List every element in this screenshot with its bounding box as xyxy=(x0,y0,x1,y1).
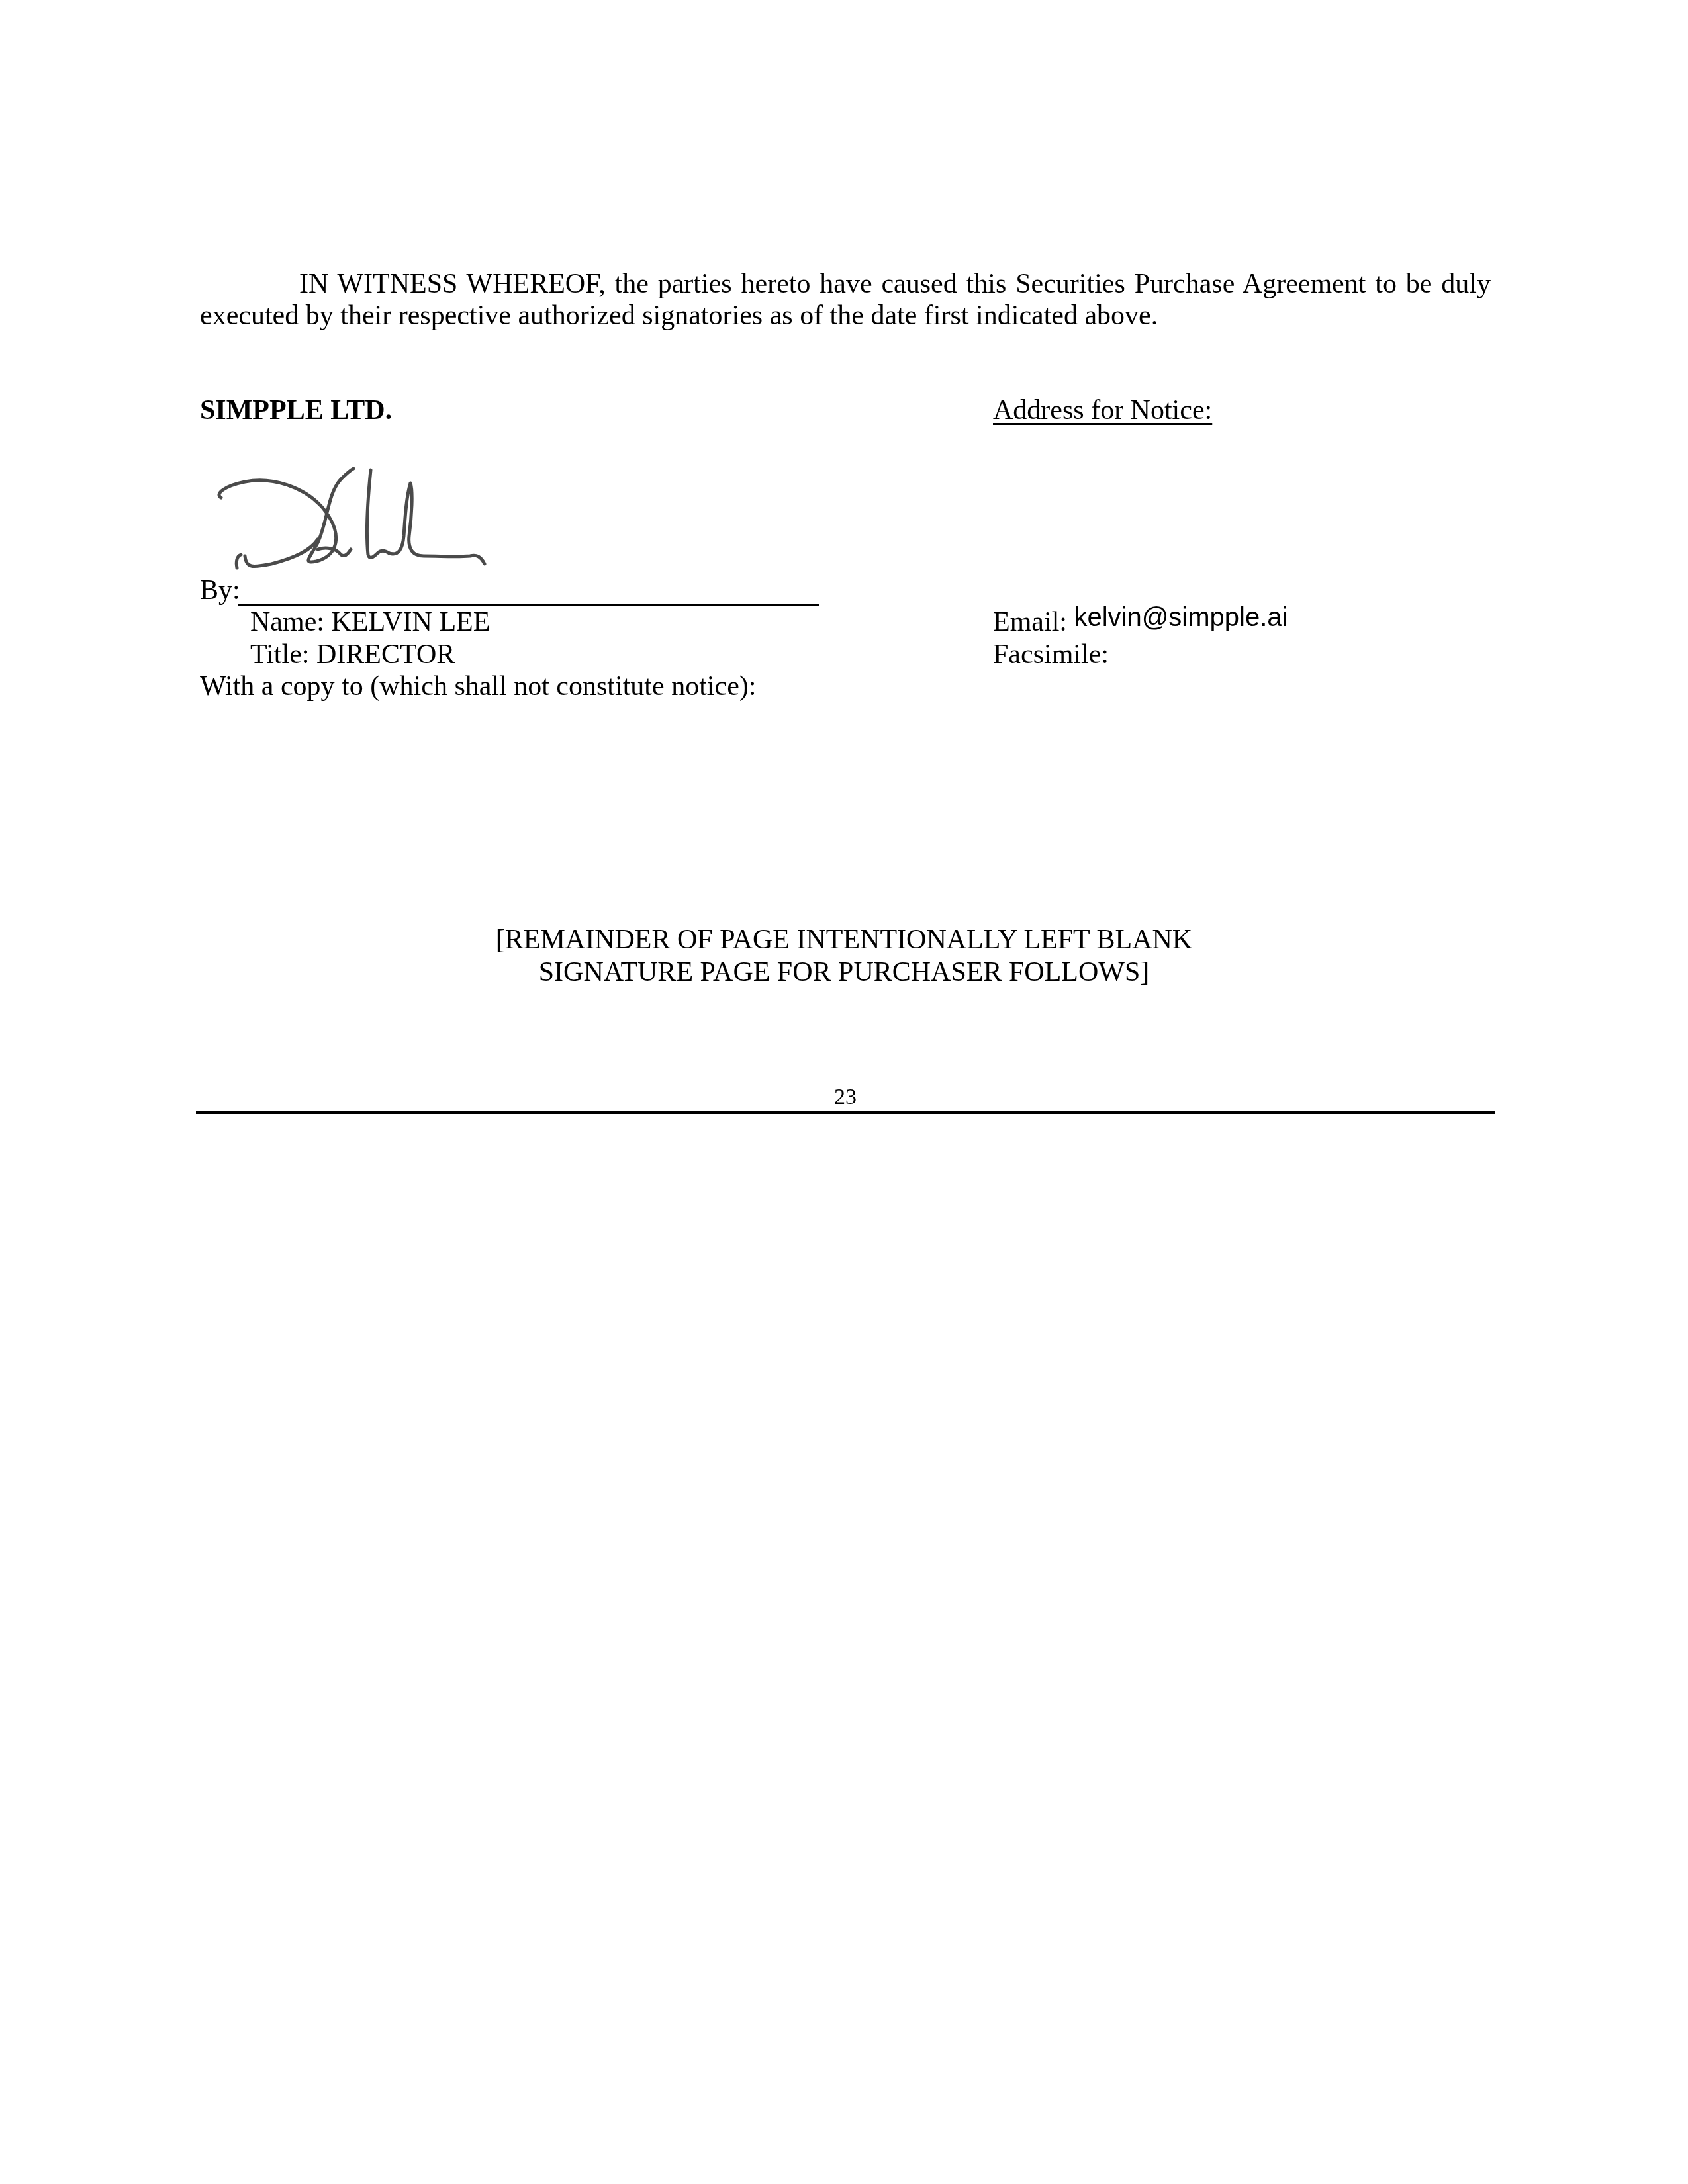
company-name: SIMPPLE LTD. xyxy=(200,394,392,426)
copy-to-line: With a copy to (which shall not constitu… xyxy=(200,670,756,702)
signatory-name: Name: KELVIN LEE xyxy=(250,606,490,638)
email-row: Email: kelvin@simpple.ai xyxy=(993,606,1288,638)
signatory-title: Title: DIRECTOR xyxy=(250,639,455,670)
document-page: IN WITNESS WHEREOF, the parties hereto h… xyxy=(0,0,1688,2184)
email-label: Email: xyxy=(993,607,1067,637)
email-value: kelvin@simpple.ai xyxy=(1074,603,1288,632)
witness-paragraph: IN WITNESS WHEREOF, the parties hereto h… xyxy=(200,268,1491,332)
handwritten-signature xyxy=(212,457,496,572)
witness-paragraph-text: IN WITNESS WHEREOF, the parties hereto h… xyxy=(200,269,1491,331)
by-label: By: xyxy=(200,574,240,606)
footer-rule xyxy=(196,1111,1495,1114)
address-for-notice-heading: Address for Notice: xyxy=(993,394,1212,426)
remainder-note-line-2: SIGNATURE PAGE FOR PURCHASER FOLLOWS] xyxy=(199,956,1489,988)
page-number: 23 xyxy=(196,1084,1495,1111)
facsimile-label: Facsimile: xyxy=(993,639,1109,670)
remainder-note-line-1: [REMAINDER OF PAGE INTENTIONALLY LEFT BL… xyxy=(199,924,1489,956)
